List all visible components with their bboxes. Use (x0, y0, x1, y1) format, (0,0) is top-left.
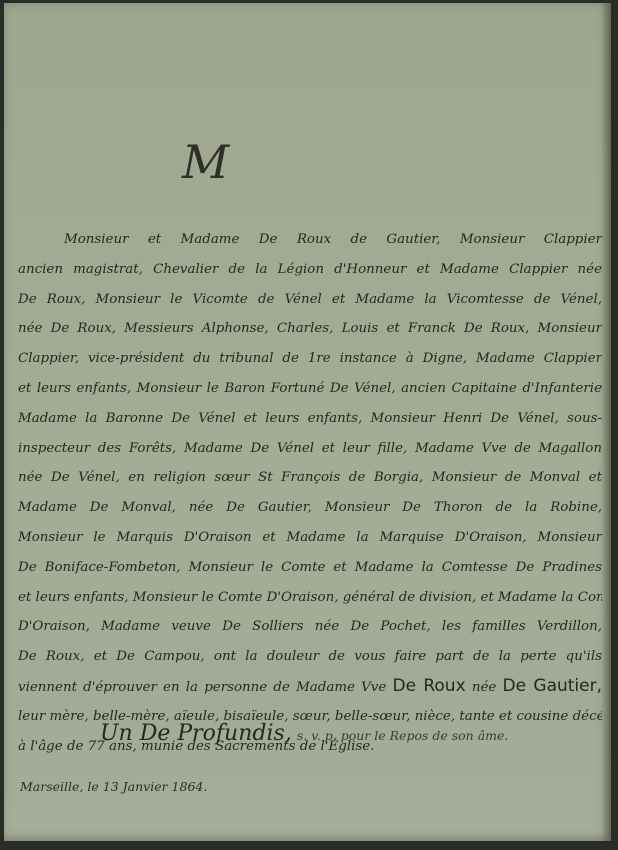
prayer-request: Un De Profundis, s. v. p. pour le Repos … (100, 721, 508, 746)
text-line: De Roux, et De Campou, ont la douleur de… (18, 642, 602, 672)
salutation-initial: M (182, 135, 227, 189)
text-line: Madame la Baronne De Vénel et leurs enfa… (18, 404, 602, 434)
deceased-maiden-name: De Gautier, (503, 676, 602, 696)
text-line: Madame De Monval, née De Gautier, Monsie… (18, 493, 602, 523)
letter-paper: M Monsieur et Madame De Roux de Gautier,… (4, 3, 611, 841)
text-line: Monsieur le Marquis D'Oraison et Madame … (18, 523, 602, 553)
announcement-body: Monsieur et Madame De Roux de Gautier, M… (18, 225, 602, 761)
text-line: Monsieur et Madame De Roux de Gautier, M… (18, 225, 602, 255)
text-line: De Roux, Monsieur le Vicomte de Vénel et… (18, 285, 602, 315)
prayer-title: Un De Profundis, (100, 721, 292, 746)
text-line: ancien magistrat, Chevalier de la Légion… (18, 255, 602, 285)
text-line: née De Roux, Messieurs Alphonse, Charles… (18, 314, 602, 344)
text-line: et leurs enfants, Monsieur le Comte D'Or… (18, 583, 602, 613)
place-and-date: Marseille, le 13 Janvier 1864. (20, 779, 207, 794)
text-line: et leurs enfants, Monsieur le Baron Fort… (18, 374, 602, 404)
text-line: née De Vénel, en religion sœur St Franço… (18, 463, 602, 493)
deceased-line: viennent d'éprouver en la personne de Ma… (18, 672, 602, 702)
text-line: De Boniface-Fombeton, Monsieur le Comte … (18, 553, 602, 583)
text-line: D'Oraison, Madame veuve De Solliers née … (18, 612, 602, 642)
nee-label: née (472, 680, 496, 695)
prayer-text: s. v. p. pour le Repos de son âme. (297, 728, 508, 743)
text-line: Clappier, vice-président du tribunal de … (18, 344, 602, 374)
deceased-surname: De Roux (392, 676, 465, 696)
text-line: viennent d'éprouver en la personne de Ma… (18, 680, 386, 695)
text-line: inspecteur des Forêts, Madame De Vénel e… (18, 434, 602, 464)
